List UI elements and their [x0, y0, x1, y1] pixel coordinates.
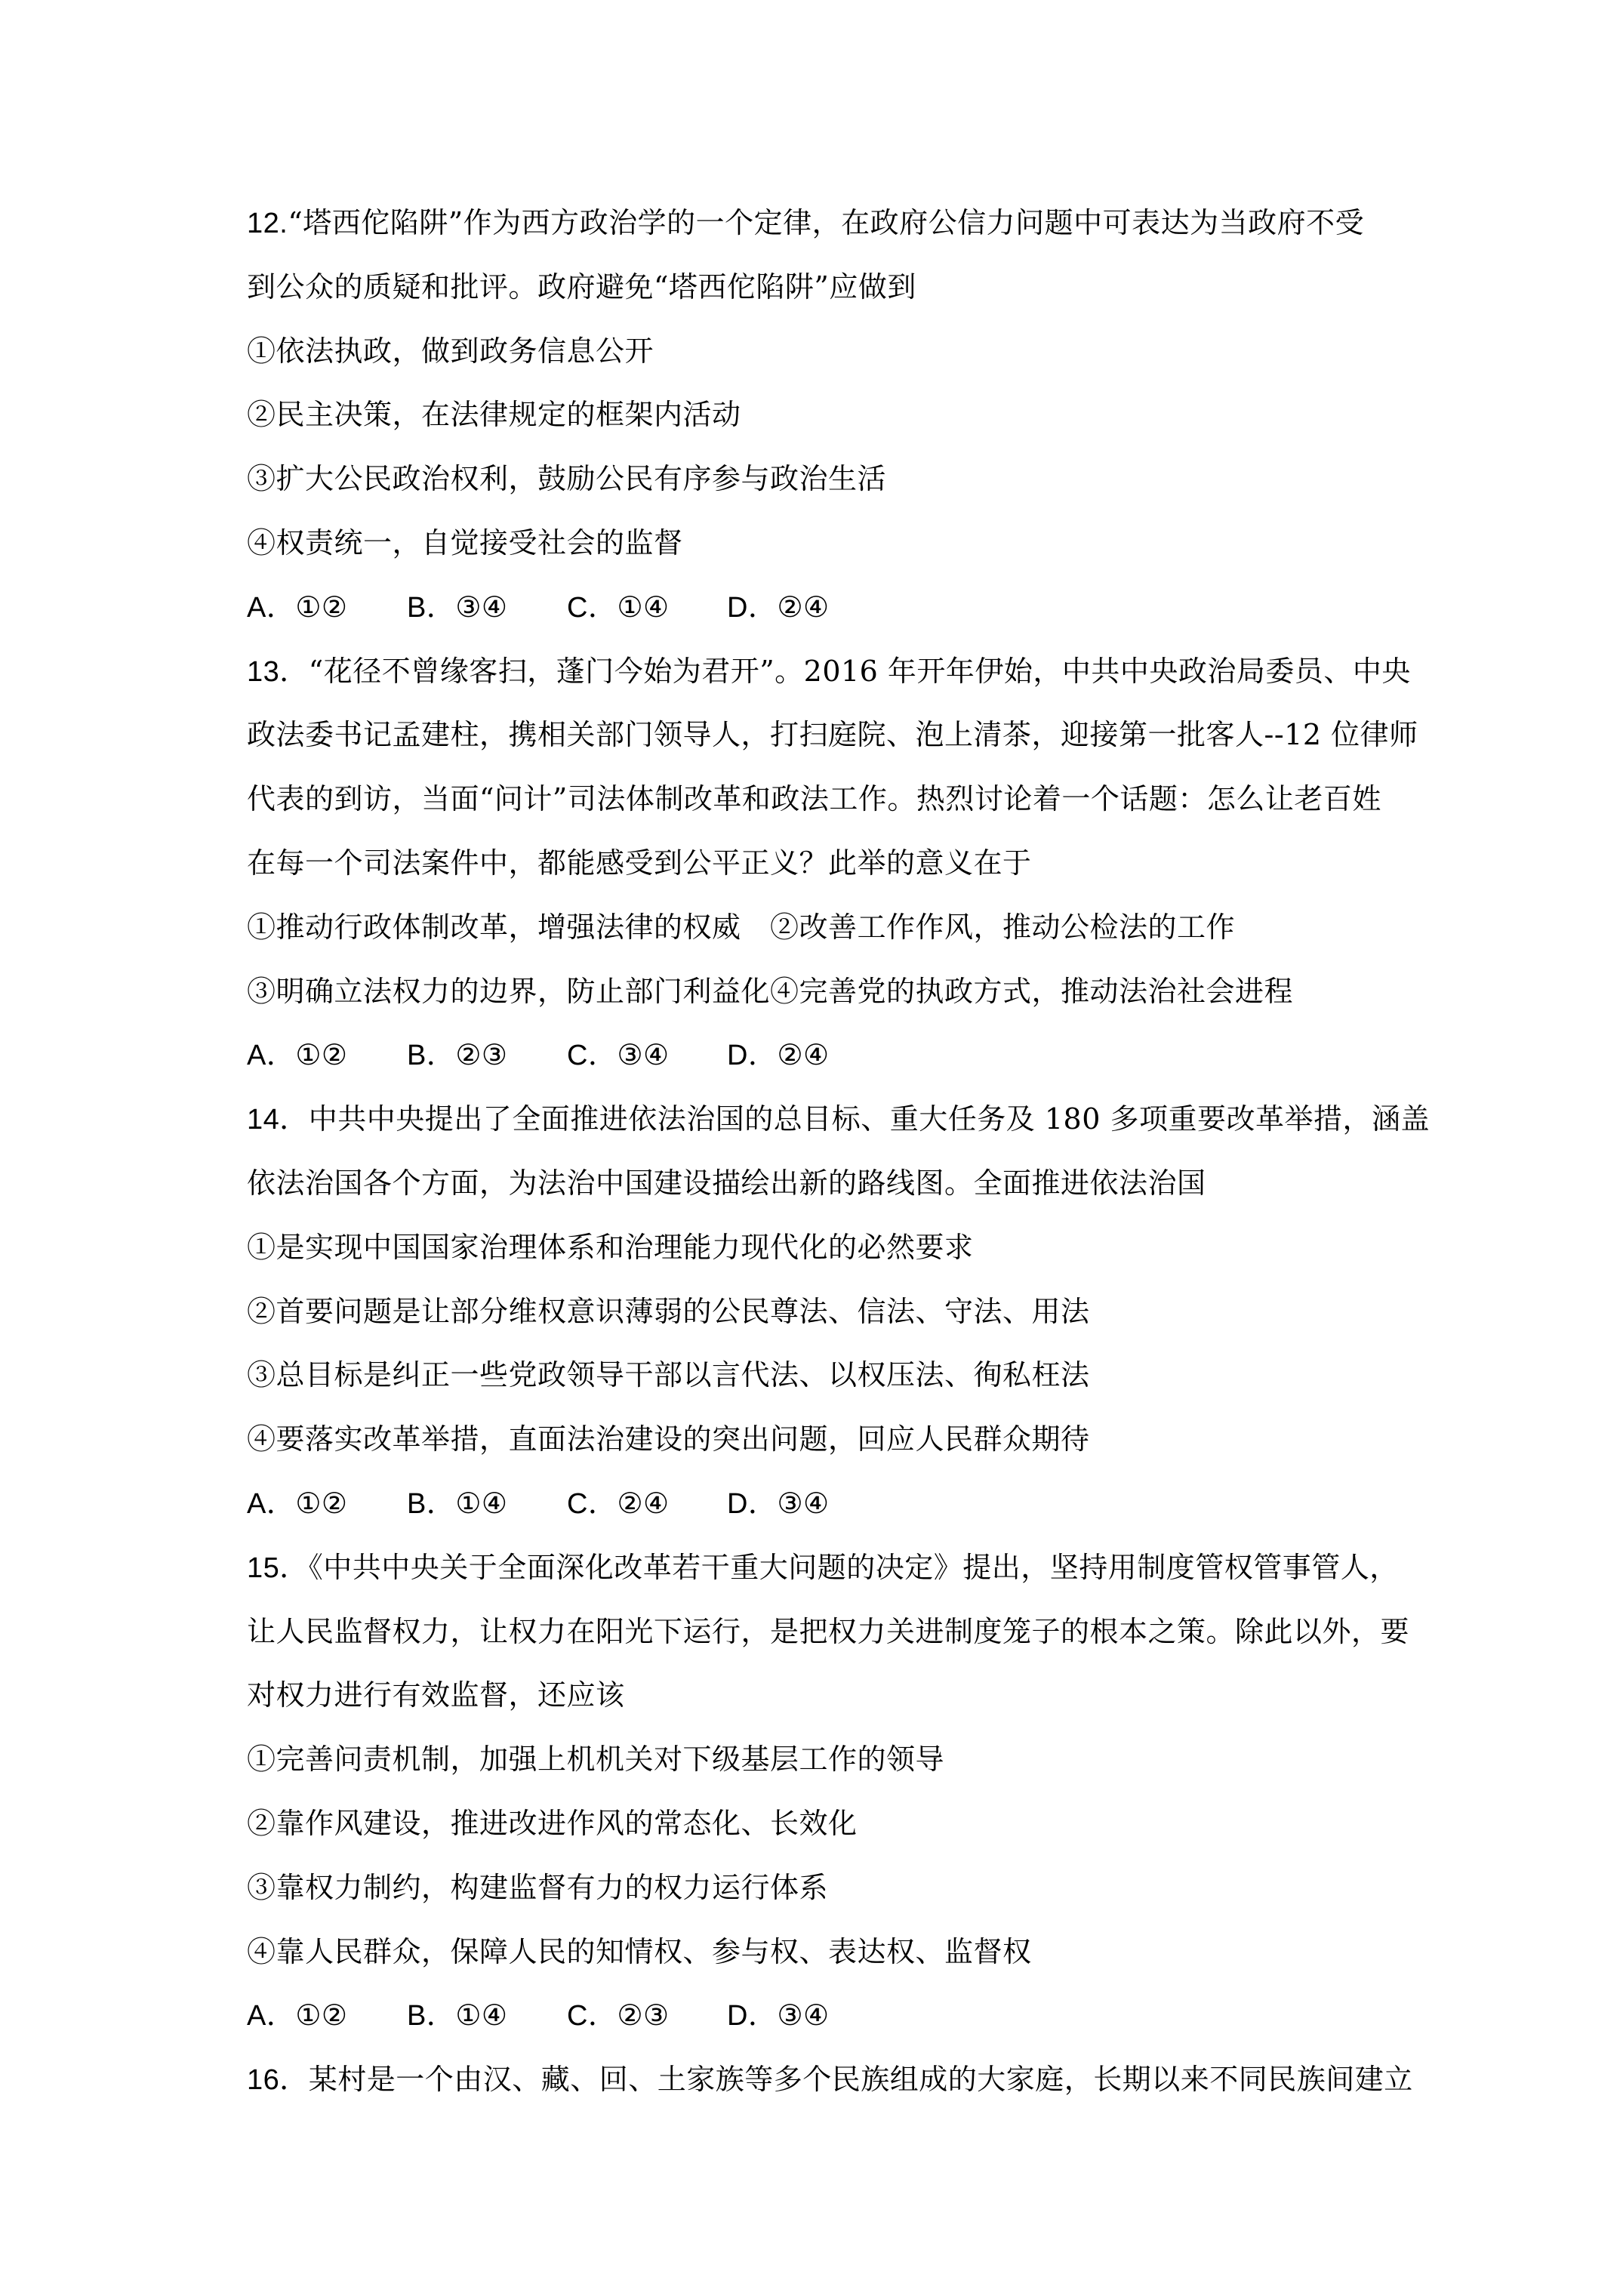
question-stem-line: 15．《中共中央关于全面深化改革若干重大问题的决定》提出，坚持用制度管权管事管人…: [247, 1536, 1394, 1600]
question-stem-line: 13．“花径不曾缘客扫，蓬门今始为君开”。2016 年开年伊始，中共中央政治局委…: [247, 639, 1394, 704]
option-d: D．③④: [727, 1472, 887, 1536]
question-number: 15．: [247, 1552, 309, 1584]
answer-options: A．①② B．①④ C．②③ D．③④: [247, 1983, 1394, 2048]
question-stem-line: 14．中共中央提出了全面推进依法治国的总目标、重大任务及 180 多项重要改革举…: [247, 1087, 1394, 1151]
option-b: B．③④: [407, 575, 567, 639]
answer-options: A．①② B．①④ C．②④ D．③④: [247, 1472, 1394, 1536]
question-14: 14．中共中央提出了全面推进依法治国的总目标、重大任务及 180 多项重要改革举…: [247, 1087, 1394, 1536]
statement-1: ①是实现中国国家治理体系和治理能力现代化的必然要求: [247, 1216, 1394, 1280]
question-13: 13．“花径不曾缘客扫，蓬门今始为君开”。2016 年开年伊始，中共中央政治局委…: [247, 639, 1394, 1088]
option-b: B．①④: [407, 1983, 567, 2048]
question-16: 16．某村是一个由汉、藏、回、土家族等多个民族组成的大家庭，长期以来不同民族间建…: [247, 2048, 1394, 2112]
statement-4: ④要落实改革举措，直面法治建设的突出问题，回应人民群众期待: [247, 1407, 1394, 1472]
option-c: C．②④: [567, 1472, 727, 1536]
option-b: B．②③: [407, 1023, 567, 1087]
question-stem-line: 代表的到访，当面“问计”司法体制改革和政法工作。热烈讨论着一个话题：怎么让老百姓: [247, 767, 1394, 831]
statement-3-4: ③明确立法权力的边界，防止部门利益化④完善党的执政方式，推动法治社会进程: [247, 960, 1394, 1024]
option-a: A．①②: [247, 1472, 407, 1536]
option-a: A．①②: [247, 1983, 407, 2048]
statement-4: ④权责统一，自觉接受社会的监督: [247, 511, 1394, 575]
statement-3: ③扩大公民政治权利，鼓励公民有序参与政治生活: [247, 447, 1394, 511]
question-number: 14．: [247, 1104, 309, 1136]
statement-1: ①完善问责机制，加强上机机关对下级基层工作的领导: [247, 1727, 1394, 1792]
question-number: 13．: [247, 656, 309, 688]
question-number: 16．: [247, 2064, 309, 2096]
document-page: 12.“塔西佗陷阱”作为西方政治学的一个定律，在政府公信力问题中可表达为当政府不…: [247, 191, 1394, 2112]
question-stem-line: 政法委书记孟建柱，携相关部门领导人，打扫庭院、泡上清茶，迎接第一批客人--12 …: [247, 703, 1394, 767]
statement-2: ②首要问题是让部分维权意识薄弱的公民尊法、信法、守法、用法: [247, 1280, 1394, 1344]
option-d: D．②④: [727, 575, 887, 639]
question-stem-line: 在每一个司法案件中，都能感受到公平正义？此举的意义在于: [247, 831, 1394, 895]
option-c: C．②③: [567, 1983, 727, 2048]
question-number: 12.: [247, 208, 288, 239]
question-stem-line: 让人民监督权力，让权力在阳光下运行，是把权力关进制度笼子的根本之策。除此以外，要: [247, 1600, 1394, 1664]
option-d: D．②④: [727, 1023, 887, 1087]
statement-4: ④靠人民群众，保障人民的知情权、参与权、表达权、监督权: [247, 1920, 1394, 1984]
answer-options: A．①② B．②③ C．③④ D．②④: [247, 1023, 1394, 1087]
statement-3: ③靠权力制约，构建监督有力的权力运行体系: [247, 1856, 1394, 1920]
statement-3: ③总目标是纠正一些党政领导干部以言代法、以权压法、徇私枉法: [247, 1343, 1394, 1407]
question-stem-line: 依法治国各个方面，为法治中国建设描绘出新的路线图。全面推进依法治国: [247, 1151, 1394, 1216]
question-stem-line: 对权力进行有效监督，还应该: [247, 1663, 1394, 1727]
option-b: B．①④: [407, 1472, 567, 1536]
option-a: A．①②: [247, 1023, 407, 1087]
statement-2: ②民主决策，在法律规定的框架内活动: [247, 383, 1394, 447]
answer-options: A．①② B．③④ C．①④ D．②④: [247, 575, 1394, 639]
statement-2: ②靠作风建设，推进改进作风的常态化、长效化: [247, 1792, 1394, 1856]
option-c: C．①④: [567, 575, 727, 639]
statement-1: ①依法执政，做到政务信息公开: [247, 319, 1394, 384]
question-stem-line: 16．某村是一个由汉、藏、回、土家族等多个民族组成的大家庭，长期以来不同民族间建…: [247, 2048, 1394, 2112]
option-d: D．③④: [727, 1983, 887, 2048]
option-c: C．③④: [567, 1023, 727, 1087]
question-stem-line: 到公众的质疑和批评。政府避免“塔西佗陷阱”应做到: [247, 255, 1394, 319]
question-12: 12.“塔西佗陷阱”作为西方政治学的一个定律，在政府公信力问题中可表达为当政府不…: [247, 191, 1394, 639]
question-15: 15．《中共中央关于全面深化改革若干重大问题的决定》提出，坚持用制度管权管事管人…: [247, 1536, 1394, 2048]
question-stem-line: 12.“塔西佗陷阱”作为西方政治学的一个定律，在政府公信力问题中可表达为当政府不…: [247, 191, 1394, 255]
statement-1-2: ①推动行政体制改革，增强法律的权威 ②改善工作作风，推动公检法的工作: [247, 895, 1394, 960]
option-a: A．①②: [247, 575, 407, 639]
